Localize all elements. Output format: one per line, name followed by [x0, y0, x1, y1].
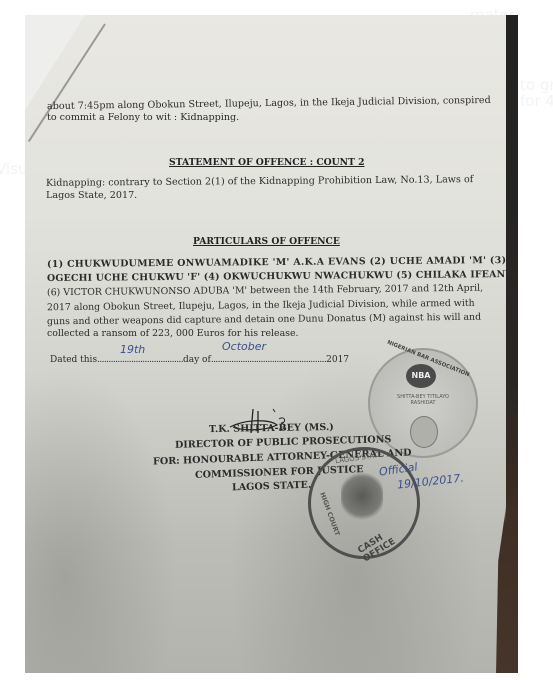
background-ghost-text: Visu [0, 160, 27, 178]
dated-line: Dated this..............................… [50, 354, 349, 367]
seal-icon [410, 416, 438, 448]
intro-line: to commit a Felony to wit : Kidnapping. [47, 111, 239, 124]
dated-middle: day of [183, 355, 211, 365]
court-stamp-left-text: HIGH COURT [318, 491, 341, 537]
paper-corner-shadow [25, 15, 85, 110]
dated-dots: ...................................... [97, 355, 183, 365]
statement-heading: STATEMENT OF OFFENCE : COUNT 2 [169, 157, 364, 168]
handwritten-month: October [222, 340, 266, 353]
statement-line: Kidnapping: contrary to Section 2(1) of … [46, 173, 473, 190]
handwritten-day: 19th [120, 343, 145, 356]
dated-prefix: Dated this [50, 355, 97, 365]
nba-logo: NBA [406, 364, 436, 388]
particulars-heading: PARTICULARS OF OFFENCE [193, 236, 340, 247]
dated-dots: ........................................… [211, 355, 326, 365]
dated-year: 2017 [326, 355, 349, 365]
particulars-line: collected a ransom of 223, 000 Euros for… [47, 327, 299, 340]
signatory-state: LAGOS STATE. [232, 479, 312, 495]
coat-of-arms-icon [341, 472, 383, 520]
signatory-name: T.K. SHITTA-BEY (MS.) [209, 421, 334, 436]
document-photo: about 7:45pm along Obokun Street, Ilupej… [25, 15, 518, 673]
photo-right-edge-shadow [496, 485, 518, 673]
court-stamp-bottom-text: CASH OFFICE [356, 516, 417, 565]
statement-line: Lagos State, 2017. [46, 189, 137, 202]
court-stamp-top-text: LAGOS STATE [335, 451, 383, 466]
background-ghost-text: for 45 [520, 92, 553, 110]
nba-stamp-name: SHITTA-BEY TITILAYO RASHIDAT [390, 394, 456, 406]
